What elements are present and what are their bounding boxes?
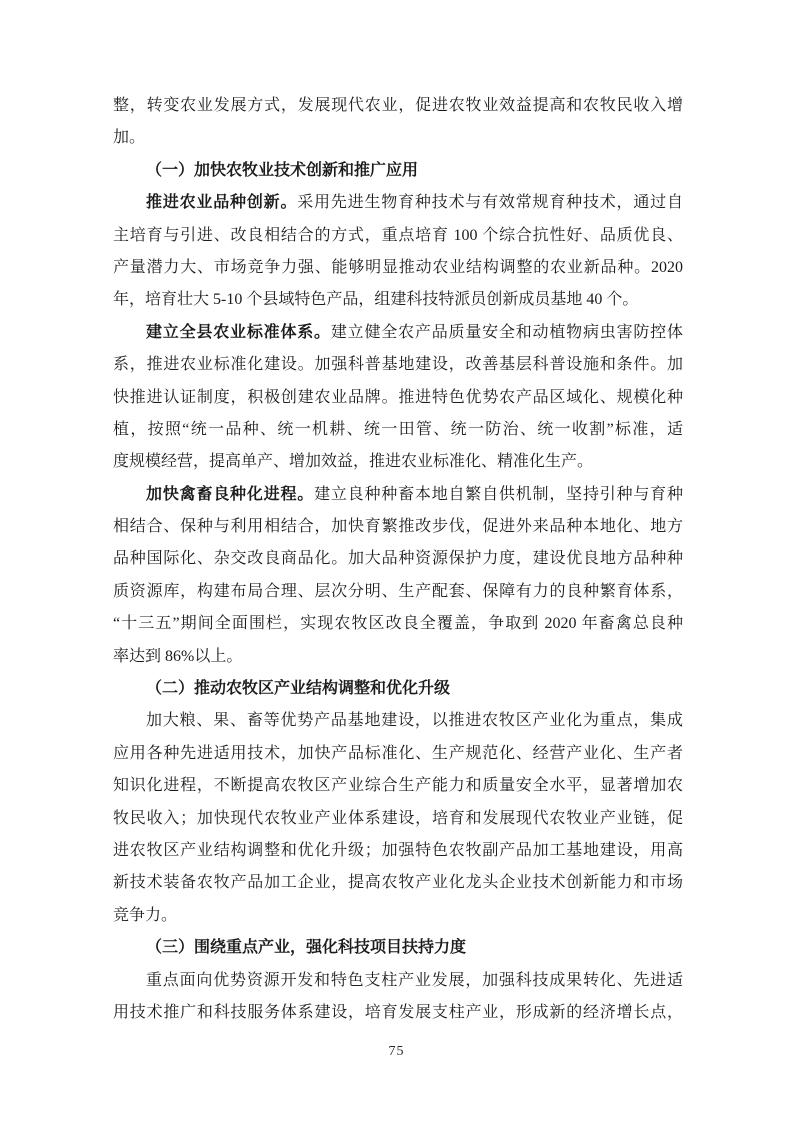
text-segment: 年，培育壮大 5-10 个县域特色产品，组建科技特派员创新成员基地 40 个。	[113, 291, 638, 308]
section-heading: （三）围绕重点产业，强化科技项目扶持力度	[113, 932, 683, 964]
text-segment: 新技术装备农牧产品加工企业，提高农牧产业化龙头企业技术创新能力和市场	[113, 874, 683, 891]
text-line: 加。	[113, 122, 683, 154]
page-footer: 75	[0, 1042, 793, 1064]
text-line: 知识化进程，不断提高农牧区产业综合生产能力和质量安全水平，显著增加农	[113, 770, 683, 802]
text-segment: 进农牧区产业结构调整和优化升级；加强特色农牧副产品加工基地建设，用高	[113, 842, 683, 859]
document-body: 整，转变农业发展方式，发展现代农业，促进农牧业效益提高和农牧民收入增加。（一）加…	[113, 90, 683, 1029]
text-segment: 产量潜力大、市场竞争力强、能够明显推动农业结构调整的农业新品种。2020	[113, 259, 683, 276]
text-line: 快推进认证制度，积极创建农业品牌。推进特色优势农产品区域化、规模化种	[113, 382, 683, 414]
text-line: 应用各种先进适用技术，加快产品标准化、生产规范化、经营产业化、生产者	[113, 738, 683, 770]
text-segment: “十三五”期间全面围栏，实现农牧区改良全覆盖，争取到 2020 年畜禽总良种	[113, 615, 683, 632]
text-line: 新技术装备农牧产品加工企业，提高农牧产业化龙头企业技术创新能力和市场	[113, 867, 683, 899]
document-page: 整，转变农业发展方式，发展现代农业，促进农牧业效益提高和农牧民收入增加。（一）加…	[0, 0, 793, 1122]
text-line: 竞争力。	[113, 900, 683, 932]
text-segment: 重点面向优势资源开发和特色支柱产业发展，加强科技成果转化、先进适	[146, 972, 683, 989]
bold-text-segment: 推进农业品种创新。	[146, 194, 297, 211]
text-segment: 牧民收入；加快现代农牧业产业体系建设，培育和发展现代农牧业产业链，促	[113, 810, 683, 827]
text-segment: 率达到 86%以上。	[113, 648, 242, 665]
text-segment: 竞争力。	[113, 907, 177, 924]
text-line: 产量潜力大、市场竞争力强、能够明显推动农业结构调整的农业新品种。2020	[113, 252, 683, 284]
text-line: 牧民收入；加快现代农牧业产业体系建设，培育和发展现代农牧业产业链，促	[113, 803, 683, 835]
text-line: 相结合、保种与利用相结合，加快育繁推改步伐，促进外来品种本地化、地方	[113, 511, 683, 543]
text-line: 品种国际化、杂交改良商品化。加大品种资源保护力度，建设优良地方品种种	[113, 543, 683, 575]
text-line: 质资源库，构建布局合理、层次分明、生产配套、保障有力的良种繁育体系，	[113, 576, 683, 608]
text-segment: 相结合、保种与利用相结合，加快育繁推改步伐，促进外来品种本地化、地方	[113, 518, 683, 535]
text-segment: 建立良种种畜本地自繁自供机制，坚持引种与育种	[314, 486, 683, 503]
text-segment: 植，按照“统一品种、统一机耕、统一田管、统一防治、统一收割”标准，适	[113, 421, 683, 438]
text-line: 整，转变农业发展方式，发展现代农业，促进农牧业效益提高和农牧民收入增	[113, 90, 683, 122]
text-line: 系，推进农业标准化建设。加强科普基地建设，改善基层科普设施和条件。加	[113, 349, 683, 381]
text-segment: 质资源库，构建布局合理、层次分明、生产配套、保障有力的良种繁育体系，	[113, 583, 683, 600]
text-line: 加大粮、果、畜等优势产品基地建设，以推进农牧区产业化为重点，集成	[113, 705, 683, 737]
text-segment: 度规模经营，提高单产、增加效益，推进农业标准化、精准化生产。	[113, 453, 593, 470]
section-heading: （一）加快农牧业技术创新和推广应用	[113, 155, 683, 187]
text-segment: 系，推进农业标准化建设。加强科普基地建设，改善基层科普设施和条件。加	[113, 356, 683, 373]
text-line: 用技术推广和科技服务体系建设，培育发展支柱产业，形成新的经济增长点，	[113, 997, 683, 1029]
text-line: 主培育与引进、改良相结合的方式，重点培育 100 个综合抗性好、品质优良、	[113, 220, 683, 252]
text-segment: 采用先进生物育种技术与有效常规育种技术，通过自	[297, 194, 683, 211]
text-line: 年，培育壮大 5-10 个县域特色产品，组建科技特派员创新成员基地 40 个。	[113, 284, 683, 316]
text-line: 重点面向优势资源开发和特色支柱产业发展，加强科技成果转化、先进适	[113, 965, 683, 997]
section-heading: （二）推动农牧区产业结构调整和优化升级	[113, 673, 683, 705]
text-line: 植，按照“统一品种、统一机耕、统一田管、统一防治、统一收割”标准，适	[113, 414, 683, 446]
text-segment: 加大粮、果、畜等优势产品基地建设，以推进农牧区产业化为重点，集成	[146, 712, 683, 729]
bold-text-segment: （一）加快农牧业技术创新和推广应用	[146, 162, 418, 179]
text-segment: 加。	[113, 129, 145, 146]
text-segment: 品种国际化、杂交改良商品化。加大品种资源保护力度，建设优良地方品种种	[113, 550, 683, 567]
text-segment: 整，转变农业发展方式，发展现代农业，促进农牧业效益提高和农牧民收入增	[113, 97, 683, 114]
text-line: “十三五”期间全面围栏，实现农牧区改良全覆盖，争取到 2020 年畜禽总良种	[113, 608, 683, 640]
text-segment: 知识化进程，不断提高农牧区产业综合生产能力和质量安全水平，显著增加农	[113, 777, 683, 794]
text-segment: 应用各种先进适用技术，加快产品标准化、生产规范化、经营产业化、生产者	[113, 745, 683, 762]
bold-text-segment: 加快禽畜良种化进程。	[146, 486, 314, 503]
text-segment: 快推进认证制度，积极创建农业品牌。推进特色优势农产品区域化、规模化种	[113, 389, 683, 406]
text-line: 率达到 86%以上。	[113, 641, 683, 673]
text-segment: 主培育与引进、改良相结合的方式，重点培育 100 个综合抗性好、品质优良、	[113, 227, 683, 244]
bold-text-segment: （二）推动农牧区产业结构调整和优化升级	[146, 680, 450, 697]
text-segment: 建立健全农产品质量安全和动植物病虫害防控体	[331, 324, 683, 341]
page-number: 75	[389, 1044, 405, 1059]
text-line: 加快禽畜良种化进程。建立良种种畜本地自繁自供机制，坚持引种与育种	[113, 479, 683, 511]
text-line: 建立全县农业标准体系。建立健全农产品质量安全和动植物病虫害防控体	[113, 317, 683, 349]
text-line: 推进农业品种创新。采用先进生物育种技术与有效常规育种技术，通过自	[113, 187, 683, 219]
text-segment: 用技术推广和科技服务体系建设，培育发展支柱产业，形成新的经济增长点，	[113, 1004, 683, 1021]
bold-text-segment: （三）围绕重点产业，强化科技项目扶持力度	[146, 939, 466, 956]
text-line: 度规模经营，提高单产、增加效益，推进农业标准化、精准化生产。	[113, 446, 683, 478]
text-line: 进农牧区产业结构调整和优化升级；加强特色农牧副产品加工基地建设，用高	[113, 835, 683, 867]
bold-text-segment: 建立全县农业标准体系。	[146, 324, 331, 341]
